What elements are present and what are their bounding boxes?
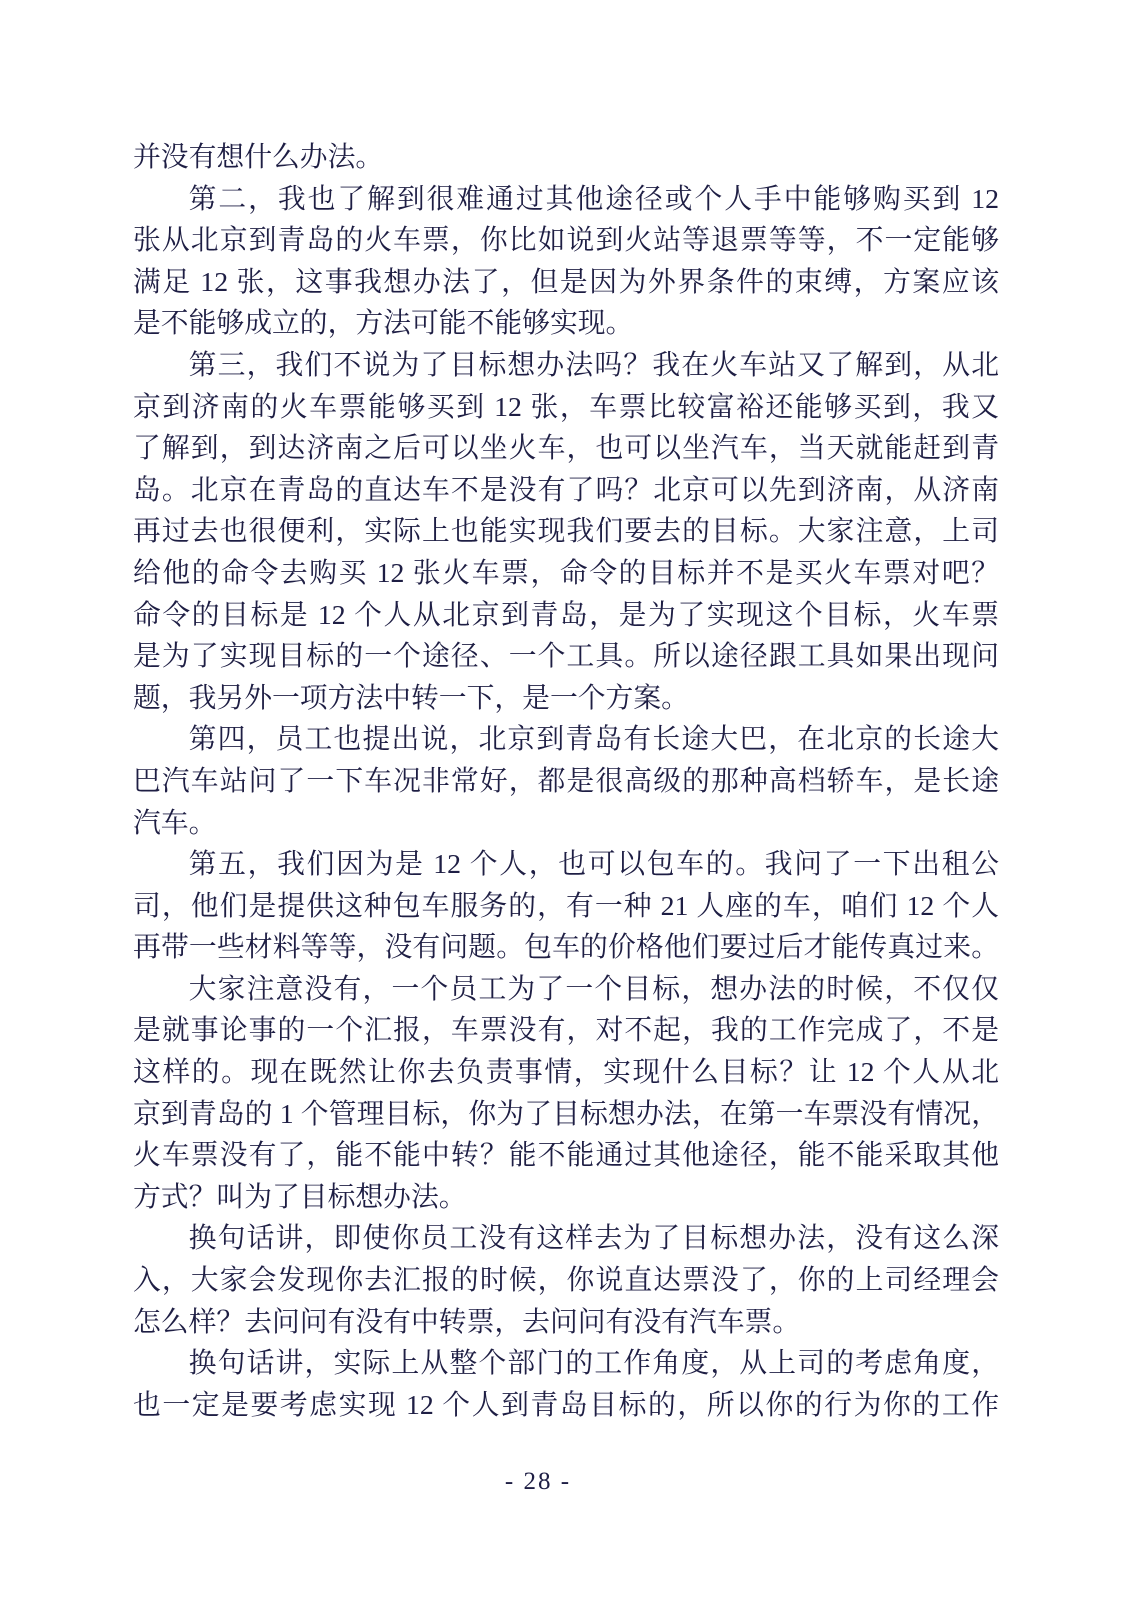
- text-line: 火车票没有了，能不能中转？能不能通过其他途径，能不能采取其他: [133, 1135, 999, 1177]
- text-line: 再过去也很便利，实际上也能实现我们要去的目标。大家注意，上司: [133, 511, 999, 553]
- page-number: - 28 -: [133, 1466, 943, 1498]
- text-line: 这样的。现在既然让你去负责事情，实现什么目标？让 12 个人从北: [133, 1052, 999, 1094]
- text-line: 是不能够成立的，方法可能不能够实现。: [133, 303, 999, 345]
- text-line: 大家注意没有，一个员工为了一个目标，想办法的时候，不仅仅: [133, 969, 999, 1011]
- text-line: 第五，我们因为是 12 个人，也可以包车的。我问了一下出租公: [133, 844, 999, 886]
- text-line: 题，我另外一项方法中转一下，是一个方案。: [133, 678, 999, 720]
- text-line: 京到济南的火车票能够买到 12 张，车票比较富裕还能够买到，我又: [133, 387, 999, 429]
- text-line: 司，他们是提供这种包车服务的，有一种 21 人座的车，咱们 12 个人: [133, 886, 999, 928]
- text-line: 第二，我也了解到很难通过其他途径或个人手中能够购买到 12: [133, 179, 999, 221]
- text-line: 京到青岛的 1 个管理目标，你为了目标想办法，在第一车票没有情况，: [133, 1094, 999, 1136]
- text-line: 怎么样？去问问有没有中转票，去问问有没有汽车票。: [133, 1302, 999, 1344]
- text-line: 命令的目标是 12 个人从北京到青岛，是为了实现这个目标，火车票: [133, 595, 999, 637]
- text-line: 了解到，到达济南之后可以坐火车，也可以坐汽车，当天就能赶到青: [133, 428, 999, 470]
- text-line: 并没有想什么办法。: [133, 137, 999, 179]
- text-line: 第三，我们不说为了目标想办法吗？我在火车站又了解到，从北: [133, 345, 999, 387]
- text-line: 巴汽车站问了一下车况非常好，都是很高级的那种高档轿车，是长途: [133, 761, 999, 803]
- text-line: 是为了实现目标的一个途径、一个工具。所以途径跟工具如果出现问: [133, 636, 999, 678]
- text-line: 汽车。: [133, 803, 999, 845]
- text-line: 换句话讲，实际上从整个部门的工作角度，从上司的考虑角度，: [133, 1343, 999, 1385]
- text-line: 入，大家会发现你去汇报的时候，你说直达票没了，你的上司经理会: [133, 1260, 999, 1302]
- text-line: 满足 12 张，这事我想办法了，但是因为外界条件的束缚，方案应该: [133, 262, 999, 304]
- text-line: 给他的命令去购买 12 张火车票，命令的目标并不是买火车票对吧？: [133, 553, 999, 595]
- text-line: 方式？叫为了目标想办法。: [133, 1177, 999, 1219]
- text-line: 第四，员工也提出说，北京到青岛有长途大巴，在北京的长途大: [133, 719, 999, 761]
- document-page: 并没有想什么办法。 第二，我也了解到很难通过其他途径或个人手中能够购买到 12 …: [0, 0, 1131, 1600]
- text-line: 也一定是要考虑实现 12 个人到青岛目标的，所以你的行为你的工作: [133, 1385, 999, 1427]
- text-line: 再带一些材料等等，没有问题。包车的价格他们要过后才能传真过来。: [133, 927, 999, 969]
- text-line: 张从北京到青岛的火车票，你比如说到火站等退票等等，不一定能够: [133, 220, 999, 262]
- text-line: 换句话讲，即使你员工没有这样去为了目标想办法，没有这么深: [133, 1218, 999, 1260]
- body-text: 并没有想什么办法。 第二，我也了解到很难通过其他途径或个人手中能够购买到 12 …: [133, 137, 999, 1426]
- text-line: 是就事论事的一个汇报，车票没有，对不起，我的工作完成了，不是: [133, 1010, 999, 1052]
- text-line: 岛。北京在青岛的直达车不是没有了吗？北京可以先到济南，从济南: [133, 470, 999, 512]
